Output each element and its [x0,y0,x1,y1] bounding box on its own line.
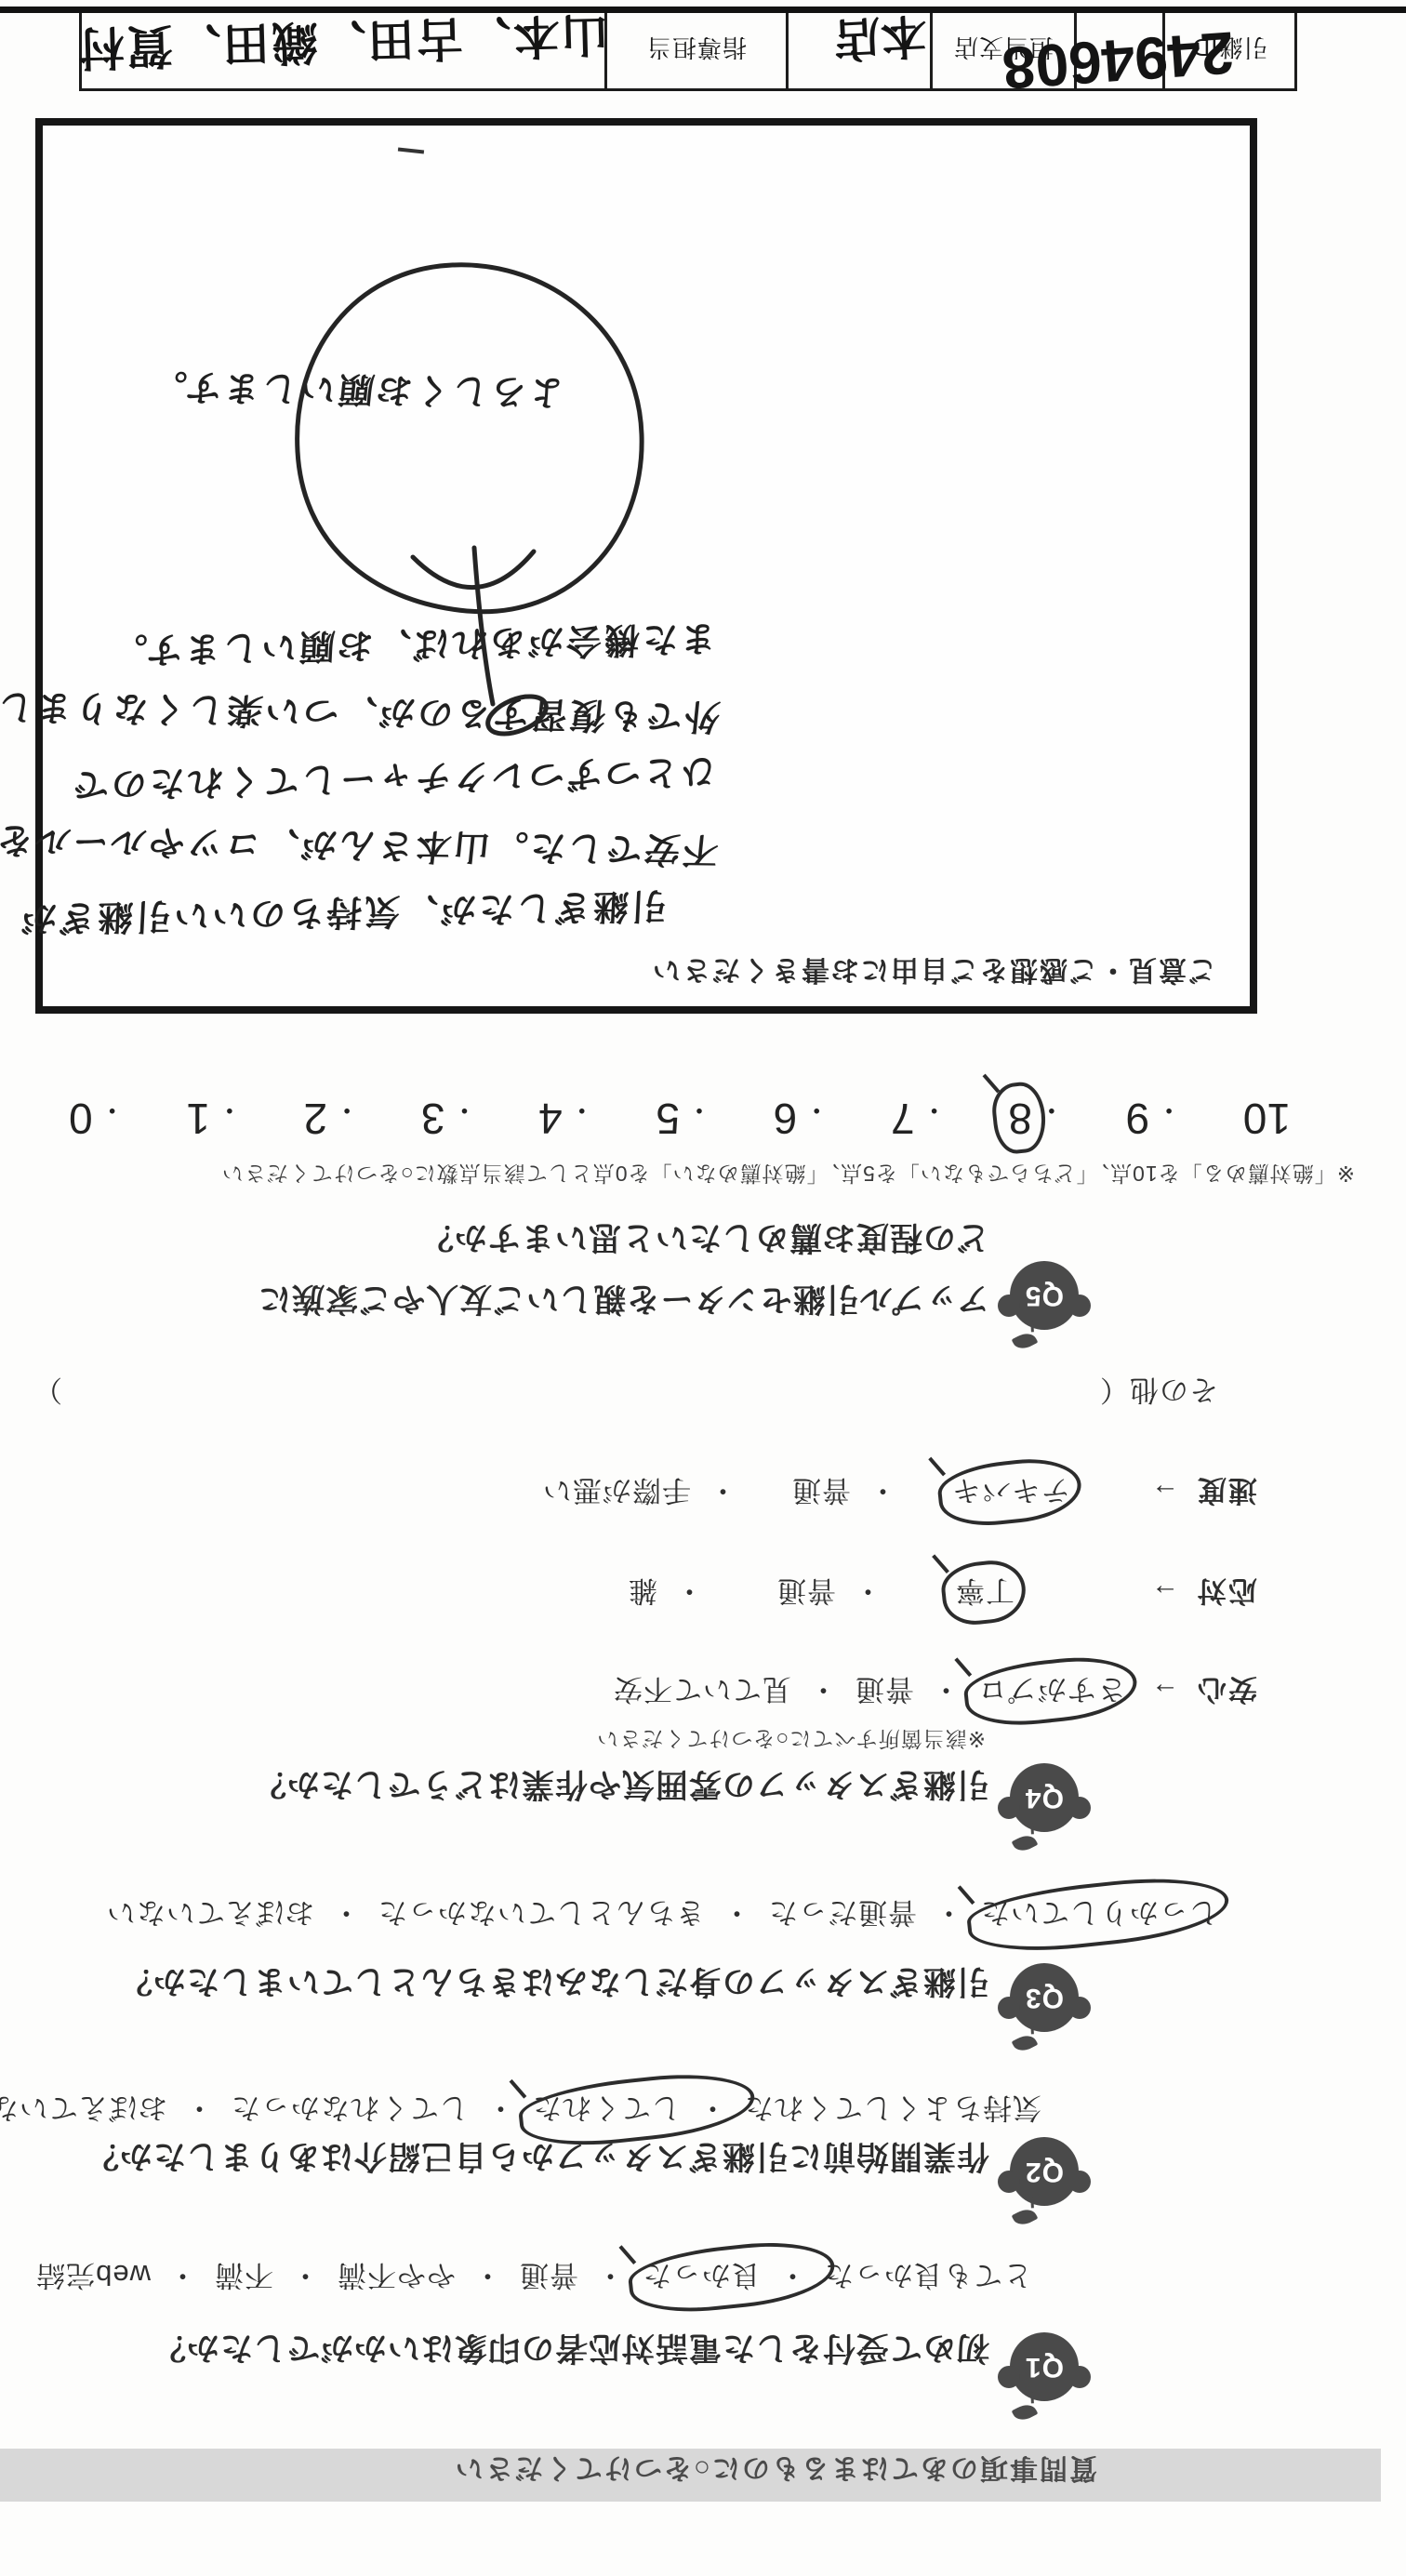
nps-number: 6 [772,1094,800,1144]
nps-number: 2 [302,1094,330,1144]
comment-box-label: ご意見・ご感想をご自由にお書きください [651,952,1216,993]
instruction-band-text: 質問事項のあてはまるものに○をつけてください [454,2450,1097,2491]
q3-badge: Q3 [1010,1963,1079,2032]
q4-row2-option: 普通 [776,1573,899,1614]
q1-option: 普通 [519,2257,642,2299]
q4-other-close: ） [33,1372,62,1414]
q1-badge: Q1 [1010,2332,1079,2401]
nps-number: 0 [67,1094,95,1144]
q4-row3-circled: テキパキ [951,1472,1070,1514]
leaf-icon [1012,2205,1039,2228]
q4-row-label: 速度 [1196,1472,1257,1514]
q3-option: 普通だった [768,1894,980,1936]
handwritten-comment-line: 不安でした。山本さんが、コツやルールを [0,818,721,880]
q1-badge-label: Q1 [1025,2351,1064,2383]
q4-row-label: 安心 [1196,1671,1257,1713]
scan-edge-line [0,7,1406,13]
q3-badge-label: Q3 [1025,1982,1064,2013]
arrow-icon: → [1150,1478,1179,1509]
q5-question-line2: どの程度お薦めしたいと思いますか？ [420,1216,989,1263]
q5-badge: Q5 [1010,1261,1079,1330]
q5-question-line1: アップル引継センターを親しいご友人やご家族に [258,1278,989,1324]
q5-note: ※「絶対薦める」を10点、「どちらでもない」を5点、「絶対薦めない」を0点として… [221,1160,1355,1190]
nps-number-circled: 8 [1006,1094,1034,1144]
doodle-stem [474,548,493,704]
q3-option: きちんとしていなかった [378,1894,768,1936]
q4-row2-circled: 丁寧 [955,1573,1015,1614]
instruction-band: 質問事項のあてはまるものに○をつけてください [0,2449,1381,2502]
leaf-icon [1012,1831,1039,1854]
arrow-icon: → [1150,1677,1179,1708]
q4-row2-option: 雑 [628,1573,721,1614]
q3-option: おぼえていない [106,1894,378,1936]
scanned-survey-sheet: 質問事項のあてはまるものに○をつけてください Q1 初めて受付をした電話対応者の… [0,0,1406,2576]
q2-option: してくれなかった [231,2090,532,2131]
q2-badge-label: Q2 [1025,2156,1064,2187]
q2-option-circled: してくれた [532,2090,744,2131]
footer-label-instructor: 指導担当 [604,7,786,91]
q4-row-outai: 応対 → 丁寧 普通 雑 [628,1573,1257,1614]
q1-option-circled: 良かった [642,2257,824,2299]
nps-number: 9 [1124,1094,1152,1144]
q4-badge: Q4 [1010,1763,1079,1832]
q1-options: とても良かった 良かった 普通 やや不満 不満 web完結 [35,2257,1032,2299]
q4-row1-option: 普通 [855,1671,977,1713]
nps-number: 5 [654,1094,682,1144]
nps-scale: 10 9 8 7 6 5 4 3 2 1 0 [67,1094,1293,1144]
nps-number: 4 [537,1094,564,1144]
q4-other-label: その他（ [1099,1372,1218,1414]
leaf-icon [1012,2031,1039,2054]
q4-question: 引継ぎスタッフの雰囲気や作業はどうでしたか？ [253,1763,989,1810]
handwritten-doodle [262,228,690,730]
q3-options: しっかりしていた 普通だった きちんとしていなかった おぼえていない [106,1894,1218,1936]
handwritten-instructor-value: 山本、古田、織田、賀村 [75,5,609,86]
nps-number: 3 [419,1094,447,1144]
nps-number: 1 [184,1094,212,1144]
nps-number: 10 [1241,1094,1293,1144]
q2-badge: Q2 [1010,2137,1079,2206]
q3-question: 引継ぎスタッフの身だしなみはきちんとしていましたか？ [119,1960,989,2007]
q4-badge-label: Q4 [1025,1782,1064,1813]
q1-option: やや不満 [337,2257,519,2299]
q4-row1-circled: さすがプロ [977,1671,1126,1713]
arrow-icon: → [1150,1578,1179,1610]
handwritten-branch-value: 本店 [832,5,929,76]
doodle-blob [298,265,643,612]
q2-option: 気持ちよくしてくれた [744,2090,1041,2131]
q4-row3-option: 普通 [791,1472,914,1514]
q4-row1-option: 見ていて不安 [613,1671,855,1713]
q2-options: 気持ちよくしてくれた してくれた してくれなかった おぼえていない [0,2090,1041,2131]
q3-option-circled: しっかりしていた [980,1894,1218,1936]
q4-row3-option: 手際が悪い [542,1472,754,1514]
q5-badge-label: Q5 [1025,1280,1064,1311]
q1-question: 初めて受付をした電話対応者の印象はいかがでしたか？ [153,2327,989,2373]
q4-other: その他（ [1099,1372,1218,1414]
leaf-icon [1012,2400,1039,2423]
q1-option: とても良かった [824,2257,1032,2299]
leaf-icon [1012,1329,1039,1352]
q2-option: おぼえていない [0,2090,231,2131]
q4-row-label: 応対 [1196,1573,1257,1614]
q2-question: 作業開始前に引継ぎスタッフから自己紹介はありましたか？ [86,2135,989,2182]
q1-option: 不満 [214,2257,337,2299]
q4-row-sokudo: 速度 → テキパキ 普通 手際が悪い [542,1472,1257,1514]
nps-number: 7 [889,1094,917,1144]
q4-row-anshin: 安心 → さすがプロ 普通 見ていて不安 [613,1671,1257,1713]
q1-option: web完結 [35,2257,214,2299]
q4-note: ※該当箇所すべてに○をつけてください [596,1725,986,1756]
